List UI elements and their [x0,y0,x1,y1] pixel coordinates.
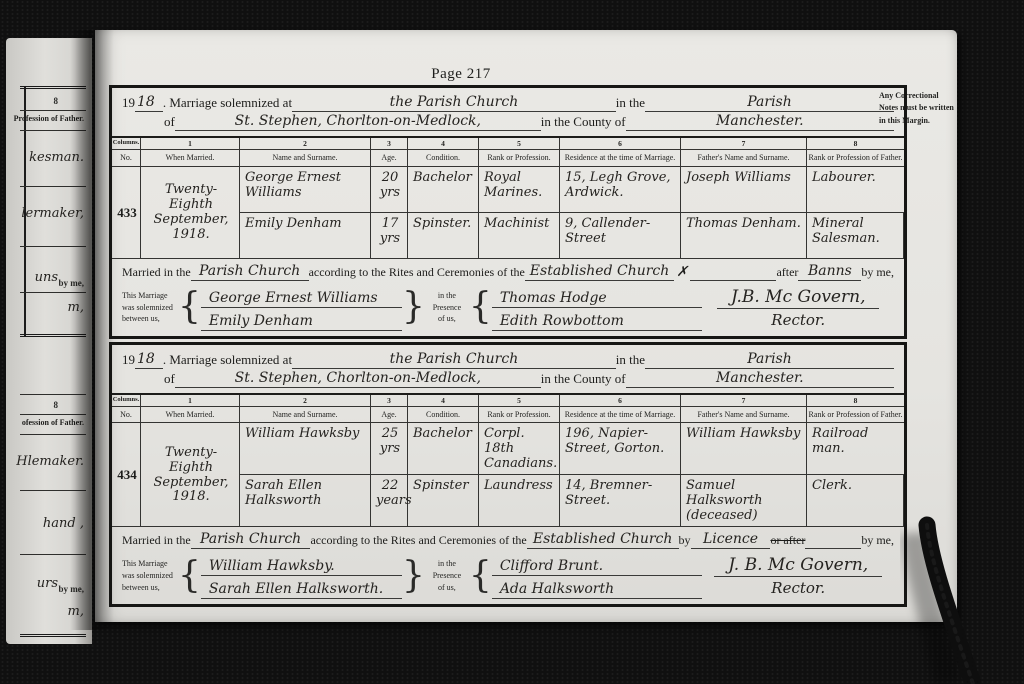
bride-father-profession: Clerk. [807,475,904,527]
groom-signature: William Hawksby. [209,558,335,574]
entry-434-heading: 1918 . Marriage solemnized at the Parish… [112,345,904,390]
column-number: 8 [807,138,904,150]
entry-number: 433 [112,167,141,259]
prev-page-rule [20,292,86,293]
column-number: 7 [681,395,807,407]
prev-page-rule [20,110,86,111]
witness-signatures: Clifford Brunt. Ada Halksworth [492,553,703,599]
prev-page-rule [20,634,86,637]
rites-label: according to the Rites and Ceremonies of… [310,532,526,549]
page-number: Page 217 [95,66,827,83]
of-label: of [164,112,175,131]
when-married: Twenty-Eighth September, 1918. [141,423,240,527]
prev-handwriting: urs [37,576,58,591]
label-line: between us, [122,582,178,594]
prev-col-number: 8 [54,96,59,106]
bride-residence: 9, Callender-Street [560,213,681,259]
officiant-signature-block: J. B. Mc Govern, Rector. [702,553,894,599]
label-line: was solemnized [122,570,178,582]
entry-block-434: 1918 . Marriage solemnized at the Parish… [109,342,907,607]
bride-condition: Spinster [408,475,479,527]
prev-page-rule [20,334,86,337]
register-table-area: 1918 . Marriage solemnized at the Parish… [109,85,907,607]
label-line: This Marriage [122,558,178,570]
church-handwritten: the Parish Church [292,351,616,369]
spouse-signatures: William Hawksby. Sarah Ellen Halksworth. [201,553,402,599]
brace-open: { [469,560,492,592]
column-header: Name and Surname. [240,150,371,167]
blank-line [805,548,861,549]
label-line: This Marriage [122,290,178,302]
county-label: in the County of [541,112,626,131]
groom-age: 25 yrs [371,423,408,475]
officiant-signature: J. B. Mc Govern, [714,555,882,577]
blank-line [690,280,776,281]
officiant-signature-block: J.B. Mc Govern, Rector. [702,285,894,331]
county-handwritten: Manchester. [626,113,894,131]
when-married: Twenty-Eighth September, 1918. [141,167,240,259]
by-label: by [679,532,691,549]
brace-open: { [178,291,201,323]
bride-residence: 14, Bremner-Street. [560,475,681,527]
columns-label: Columns. [112,138,141,150]
brace-open: { [178,560,201,592]
prev-handwriting: hand , [43,516,84,531]
solemnized-at-label: . Marriage solemnized at [163,350,292,369]
year-handwritten: 18 [135,94,163,112]
bride-profession: Laundress [479,475,560,527]
prev-page-rule [20,490,86,491]
rites-label: according to the Rites and Ceremonies of… [309,264,525,281]
column-header: Rank or Profession. [479,407,560,424]
church-handwritten: the Parish Church [292,94,616,112]
witness-signature: Clifford Brunt. [500,558,603,574]
bride-condition: Spinster. [408,213,479,259]
column-header: Rank or Profession of Father. [807,150,904,167]
column-number: 4 [408,138,479,150]
column-number: 6 [560,138,681,150]
entry-block-433: 1918 . Marriage solemnized at the Parish… [109,85,907,339]
this-marriage-label: This Marriage was solemnized between us, [122,558,178,593]
year-handwritten: 18 [135,351,163,369]
column-header: Name and Surname. [240,407,371,424]
married-in-handwritten: Parish Church [191,263,309,281]
prev-page-rule [20,394,86,395]
register-page: Page 217 Any Correctional Notes must be … [95,30,957,622]
groom-father-name: William Hawksby [681,423,807,475]
groom-profession: Royal Marines. [479,167,560,213]
column-header: Rank or Profession. [479,150,560,167]
column-header: Age. [371,407,408,424]
column-header: When Married. [141,150,240,167]
prev-page-rule [20,414,86,415]
entry-433-footer: Married in the Parish Church according t… [112,259,904,336]
column-header: Father's Name and Surname. [681,150,807,167]
column-header: Condition. [408,150,479,167]
column-header: Age. [371,150,408,167]
groom-residence: 196, Napier-Street, Gorton. [560,423,681,475]
prev-page-rule [20,246,86,247]
groom-name: George Ernest Williams [240,167,371,213]
spouse-signatures: George Ernest Williams Emily Denham [201,285,402,331]
column-number: 6 [560,395,681,407]
bride-father-name: Samuel Halksworth (deceased) [681,475,807,527]
label-line: between us, [122,313,178,325]
column-header: When Married. [141,407,240,424]
column-number: 2 [240,138,371,150]
prev-by-me: by me, [59,584,85,594]
column-header: Residence at the time of Marriage. [560,407,681,424]
rites-church-handwritten: Established Church [525,263,674,281]
year-prefix: 19 [122,350,135,369]
bride-profession: Machinist [479,213,560,259]
prev-handwriting: Hlemaker. [16,454,84,469]
by-me-label: by me, [861,264,894,281]
bride-age: 22 years [371,475,408,527]
prev-handwriting: uns [35,270,58,285]
prev-page-rule [20,434,86,435]
bride-father-name: Thomas Denham. [681,213,807,259]
previous-page-edge: 8 Profession of Father. kesman. lermaker… [6,38,92,644]
prev-page-rule [20,86,86,89]
witness-signatures: Thomas Hodge Edith Rowbottom [492,285,703,331]
groom-condition: Bachelor [408,167,479,213]
presence-label: in the Presence of us, [425,558,469,593]
in-the-label: in the [616,350,645,369]
label-line: Presence [425,302,469,314]
column-header-no: No. [112,150,141,167]
prev-col-header: Profession of Father. [14,114,84,123]
this-marriage-label: This Marriage was solemnized between us, [122,290,178,325]
label-line: in the [425,558,469,570]
column-header: Residence at the time of Marriage. [560,150,681,167]
parish-handwritten: Parish [645,351,894,369]
presence-label: in the Presence of us, [425,290,469,325]
column-number: 8 [807,395,904,407]
column-number: 4 [408,395,479,407]
column-number: 1 [141,395,240,407]
entry-433-table: Columns. 1 2 3 4 5 6 7 8 No. When Marrie… [112,136,904,259]
entry-433-heading: 1918 . Marriage solemnized at the Parish… [112,88,904,133]
of-label: of [164,369,175,388]
column-number: 1 [141,138,240,150]
column-number: 5 [479,395,560,407]
licence-handwritten: Licence [691,531,771,549]
witness-signature: Ada Halksworth [500,581,614,597]
groom-age: 20 yrs [371,167,408,213]
prev-handwriting: kesman. [29,150,84,165]
prev-page-rule [20,186,86,187]
column-number: 5 [479,138,560,150]
prev-page-rule [20,554,86,555]
column-number: 3 [371,138,408,150]
entry-434-table: Columns. 1 2 3 4 5 6 7 8 No. When Marrie… [112,393,904,527]
solemnized-at-label: . Marriage solemnized at [163,93,292,112]
groom-residence: 15, Legh Grove, Ardwick. [560,167,681,213]
label-line: in the [425,290,469,302]
bride-age: 17 yrs [371,213,408,259]
column-header-no: No. [112,407,141,424]
groom-name: William Hawksby [240,423,371,475]
witness-signature: Thomas Hodge [500,290,607,306]
bride-father-profession: Mineral Salesman. [807,213,904,259]
groom-father-profession: Railroad man. [807,423,904,475]
bride-signature: Sarah Ellen Halksworth. [209,581,383,597]
by-word-struck-mark: ✗ [674,264,690,281]
after-label: after [776,264,798,281]
brace-open: { [469,291,492,323]
bride-name: Emily Denham [240,213,371,259]
label-line: was solemnized [122,302,178,314]
column-number: 2 [240,395,371,407]
year-prefix: 19 [122,93,135,112]
label-line: Presence [425,570,469,582]
groom-signature: George Ernest Williams [209,290,378,306]
county-label: in the County of [541,369,626,388]
entry-number: 434 [112,423,141,527]
prev-col-number: 8 [54,400,59,410]
married-in-label: Married in the [122,532,191,549]
parish-handwritten: Parish [645,94,894,112]
groom-father-profession: Labourer. [807,167,904,213]
prev-by-me: by me, [59,278,85,288]
label-line: of us, [425,582,469,594]
rites-church-handwritten: Established Church [527,531,679,549]
label-line: of us, [425,313,469,325]
in-the-label: in the [616,93,645,112]
married-in-handwritten: Parish Church [191,531,311,549]
entry-434-footer: Married in the Parish Church according t… [112,527,904,604]
place-handwritten: St. Stephen, Chorlton-on-Medlock, [175,370,541,388]
prev-page-rule [20,130,86,131]
married-in-label: Married in the [122,264,191,281]
officiant-title: Rector. [771,579,825,597]
marriage-register-scan: 8 Profession of Father. kesman. lermaker… [0,0,1024,684]
groom-condition: Bachelor [408,423,479,475]
prev-handwriting: lermaker, [21,206,84,221]
prev-handwriting: m, [68,604,84,619]
officiant-title: Rector. [771,311,825,329]
or-after-label-struck: or after [770,532,805,549]
by-me-label: by me, [861,532,894,549]
prev-col-header: ofession of Father. [22,418,84,427]
column-number: 3 [371,395,408,407]
column-header: Rank or Profession of Father. [807,407,904,424]
place-handwritten: St. Stephen, Chorlton-on-Medlock, [175,113,541,131]
brace-close: } [402,291,425,323]
banns-handwritten: Banns [798,263,861,281]
bride-name: Sarah Ellen Halksworth [240,475,371,527]
column-header: Father's Name and Surname. [681,407,807,424]
groom-profession: Corpl. 18th Canadians. [479,423,560,475]
county-handwritten: Manchester. [626,370,894,388]
brace-close: } [402,560,425,592]
prev-handwriting: m, [68,300,84,315]
bride-signature: Emily Denham [209,313,313,329]
column-header: Condition. [408,407,479,424]
witness-signature: Edith Rowbottom [500,313,624,329]
groom-father-name: Joseph Williams [681,167,807,213]
officiant-signature: J.B. Mc Govern, [717,287,880,309]
columns-label: Columns. [112,395,141,407]
column-number: 7 [681,138,807,150]
